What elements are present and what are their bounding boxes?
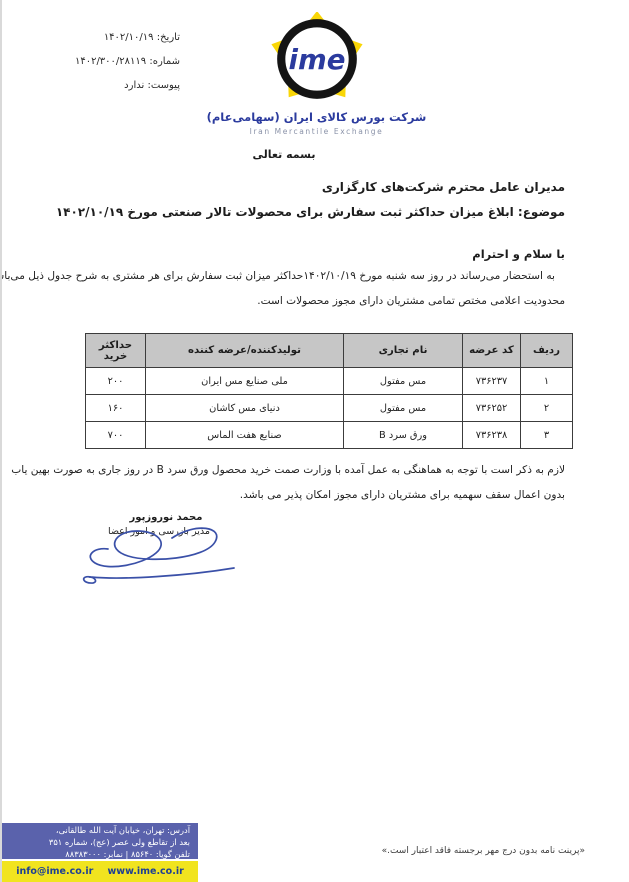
letter-page: تاریخ: ۱۴۰۲/۱۰/۱۹ شماره: ۱۴۰۲/۳۰۰/۲۸۱۱۹ …	[0, 0, 629, 882]
body-line-2: محدودیت اعلامی مختص تمامی مشتریان دارای …	[257, 295, 565, 307]
cell-supply-code: ۷۳۶۲۳۷	[463, 368, 521, 395]
order-limits-table: ردیف کد عرضه نام تجاری تولیدکننده/عرضه ک…	[85, 333, 573, 449]
cell-row-number: ۳	[521, 422, 573, 449]
cell-supply-code: ۷۳۶۲۵۲	[463, 395, 521, 422]
ime-logo-icon: ime	[270, 12, 364, 106]
note-line-1: لازم به ذکر است با توجه به هماهنگی به عم…	[11, 464, 565, 476]
cell-max-buy: ۷۰۰	[86, 422, 146, 449]
address-line-3: تلفن گویا: ۸۵۶۴۰ | نمابر: ۸۸۳۸۳۰۰۰	[6, 848, 190, 860]
handwritten-signature	[74, 518, 254, 590]
table-row: ۲ ۷۳۶۲۵۲ مس مفتول دنیای مس کاشان ۱۶۰	[86, 395, 573, 422]
cell-trade-name: مس مفتول	[344, 395, 463, 422]
contact-links-bar: info@ime.co.ir www.ime.co.ir	[2, 861, 198, 882]
table-row: ۱ ۷۳۶۲۳۷ مس مفتول ملی صنایع مس ایران ۲۰۰	[86, 368, 573, 395]
bismillah: بسمه تعالی	[224, 148, 344, 161]
cell-producer: صنایع هفت الماس	[146, 422, 344, 449]
col-row-number: ردیف	[521, 334, 573, 368]
stamp-validity-note: «پرینت نامه بدون درج مهر برجسته فاقد اعت…	[382, 846, 585, 856]
cell-row-number: ۲	[521, 395, 573, 422]
address-line-2: بعد از تقاطع ولی عصر (عج)، شماره ۳۵۱	[6, 836, 190, 848]
recipient-line: مدیران عامل محترم شرکت‌های کارگزاری	[322, 180, 565, 194]
cell-trade-name: ورق سرد B	[344, 422, 463, 449]
cell-producer: ملی صنایع مس ایران	[146, 368, 344, 395]
col-producer: تولیدکننده/عرضه کننده	[146, 334, 344, 368]
ime-logo-block: ime شرکت بورس کالای ایران (سهامی‌عام) Ir…	[2, 12, 629, 136]
cell-max-buy: ۱۶۰	[86, 395, 146, 422]
ime-monogram: ime	[288, 43, 345, 76]
company-name-en: Iran Mercantile Exchange	[2, 127, 629, 136]
subject-line: موضوع: ابلاغ میزان حداکثر ثبت سفارش برای…	[56, 205, 565, 219]
website-text: www.ime.co.ir	[108, 866, 184, 877]
cell-max-buy: ۲۰۰	[86, 368, 146, 395]
cell-producer: دنیای مس کاشان	[146, 395, 344, 422]
col-trade-name: نام تجاری	[344, 334, 463, 368]
table-header-row: ردیف کد عرضه نام تجاری تولیدکننده/عرضه ک…	[86, 334, 573, 368]
col-max-buy: حداکثر خرید	[86, 334, 146, 368]
address-line-1: آدرس: تهران، خیابان آیت الله طالقانی،	[6, 824, 190, 836]
col-supply-code: کد عرضه	[463, 334, 521, 368]
email-text: info@ime.co.ir	[16, 866, 93, 877]
table-row: ۳ ۷۳۶۲۳۸ ورق سرد B صنایع هفت الماس ۷۰۰	[86, 422, 573, 449]
body-line-1: به استحضار می‌رساند در روز سه شنبه مورخ …	[0, 270, 555, 282]
cell-row-number: ۱	[521, 368, 573, 395]
salutation-line: با سلام و احترام	[472, 247, 565, 261]
company-name-fa: شرکت بورس کالای ایران (سهامی‌عام)	[2, 110, 629, 124]
cell-supply-code: ۷۳۶۲۳۸	[463, 422, 521, 449]
note-line-2: بدون اعمال سقف سهمیه برای مشتریان دارای …	[240, 489, 565, 501]
address-box: آدرس: تهران، خیابان آیت الله طالقانی، بع…	[2, 823, 198, 859]
cell-trade-name: مس مفتول	[344, 368, 463, 395]
